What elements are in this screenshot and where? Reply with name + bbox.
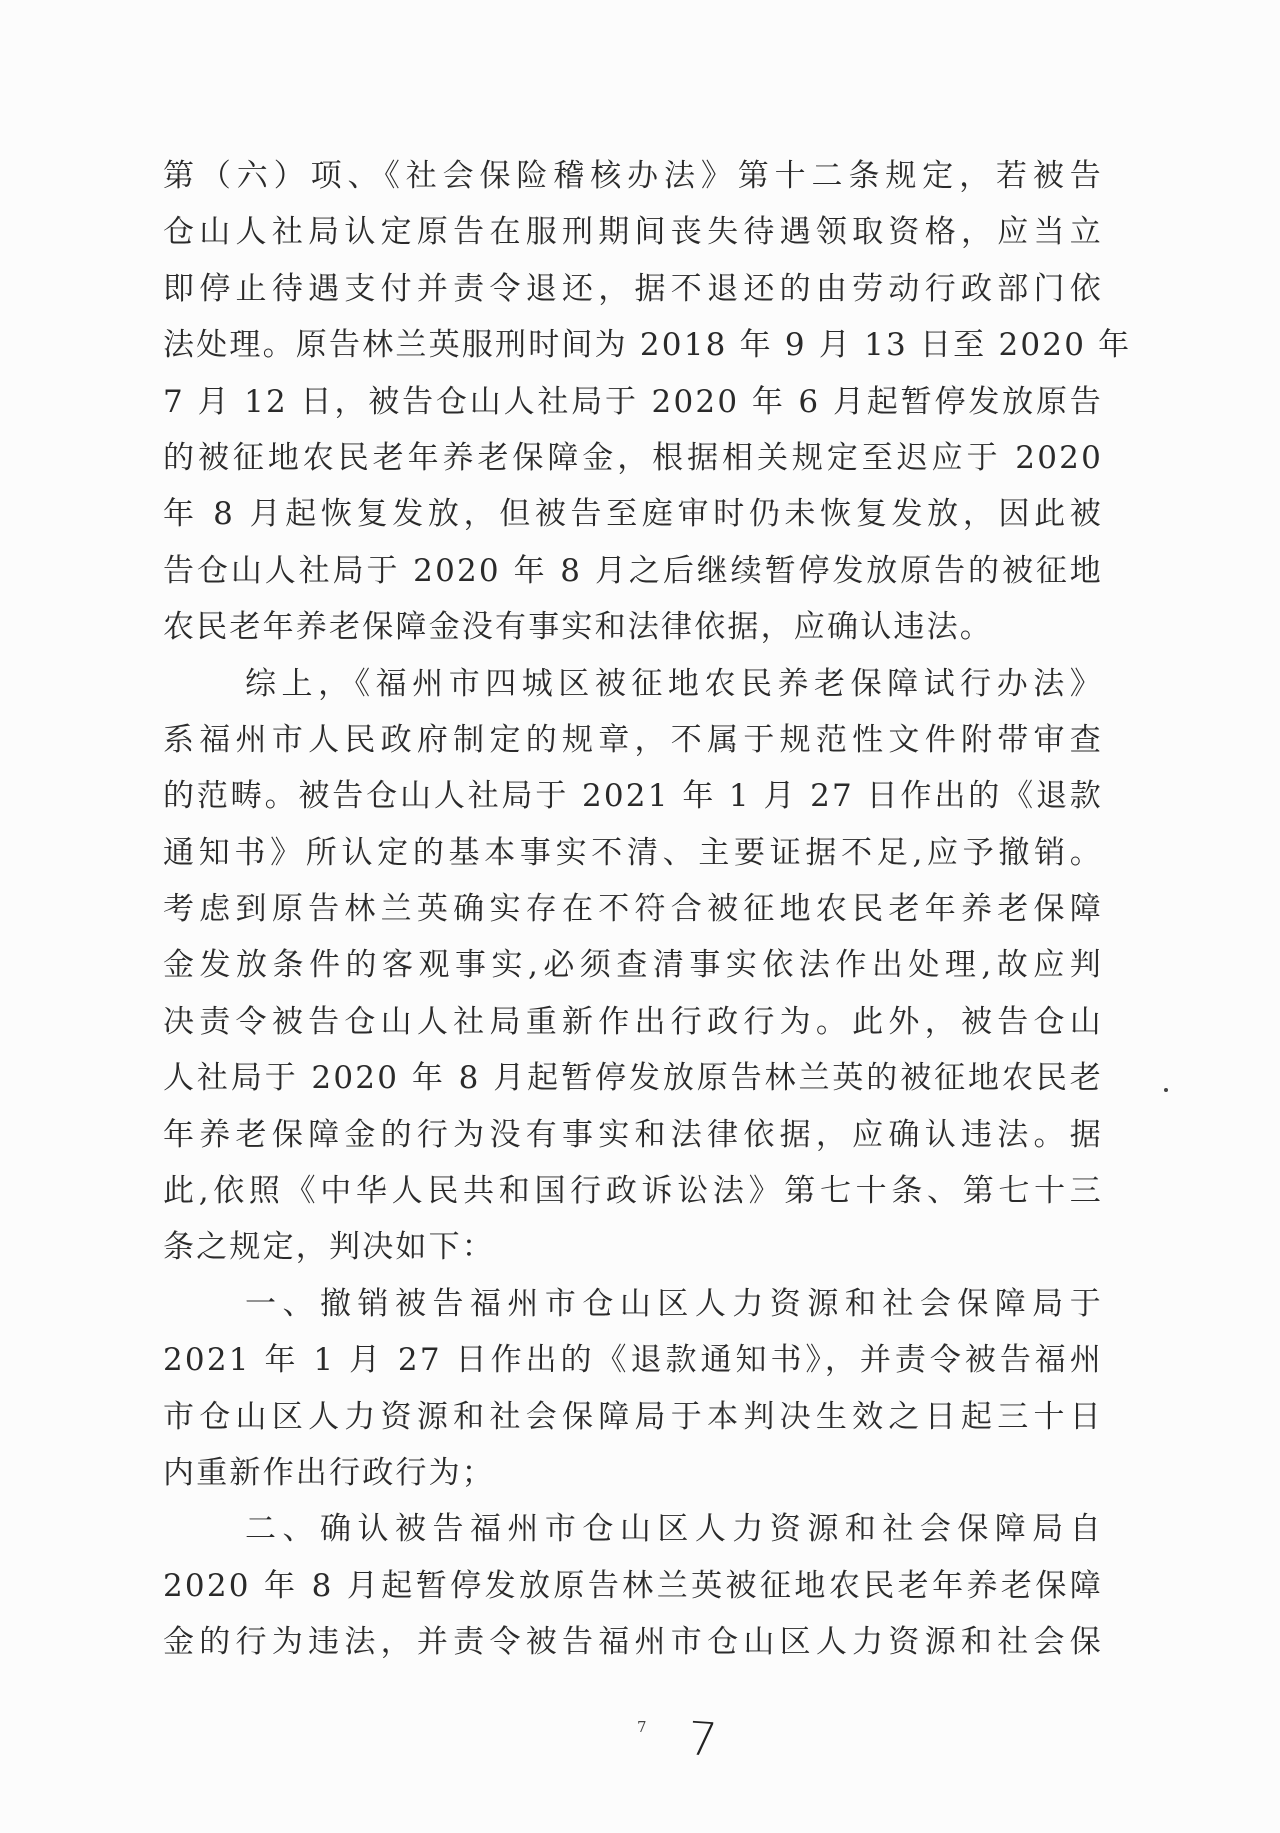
text-line: 的范畴。被告仓山人社局于 2021 年 1 月 27 日作出的《退款 [163, 768, 1103, 824]
text-line: 2021 年 1 月 27 日作出的《退款通知书》，并责令被告福州 [163, 1332, 1103, 1388]
text-line: 农民老年养老保障金没有事实和法律依据，应确认违法。 [163, 599, 1103, 655]
text-line: 系福州市人民政府制定的规章，不属于规范性文件附带审查 [163, 712, 1103, 768]
page-number-handwritten: 7 [686, 1711, 719, 1767]
judgment-body-text: 第（六）项、《社会保险稽核办法》第十二条规定，若被告 仓山人社局认定原告在服刑期… [163, 148, 1103, 1671]
text-line: 市仓山区人力资源和社会保障局于本判决生效之日起三十日 [163, 1389, 1103, 1445]
text-line: 决责令被告仓山人社局重新作出行政行为。此外，被告仓山 [163, 994, 1103, 1050]
text-line: 人社局于 2020 年 8 月起暂停发放原告林兰英的被征地农民老 [163, 1050, 1103, 1106]
page-number-printed: 7 [637, 1718, 647, 1736]
text-line: 年养老保障金的行为没有事实和法律依据，应确认违法。据 [163, 1107, 1103, 1163]
judgment-item-1-start: 一、撤销被告福州市仓山区人力资源和社会保障局于 [163, 1276, 1103, 1332]
text-line: 仓山人社局认定原告在服刑期间丧失待遇领取资格，应当立 [163, 204, 1103, 260]
text-line: 即停止待遇支付并责令退还，据不退还的由劳动行政部门依 [163, 261, 1103, 317]
text-line: 条之规定，判决如下： [163, 1219, 1103, 1275]
text-line: 告仓山人社局于 2020 年 8 月之后继续暂停发放原告的被征地 [163, 543, 1103, 599]
judgment-item-2-start: 二、确认被告福州市仓山区人力资源和社会保障局自 [163, 1501, 1103, 1557]
document-page: 第（六）项、《社会保险稽核办法》第十二条规定，若被告 仓山人社局认定原告在服刑期… [0, 0, 1280, 1833]
text-line: 第（六）项、《社会保险稽核办法》第十二条规定，若被告 [163, 148, 1103, 204]
paragraph-start-line: 综上，《福州市四城区被征地农民养老保障试行办法》 [163, 656, 1103, 712]
text-line: 2020 年 8 月起暂停发放原告林兰英被征地农民老年养老保障 [163, 1558, 1103, 1614]
text-line: 法处理。原告林兰英服刑时间为 2018 年 9 月 13 日至 2020 年 [163, 317, 1103, 373]
text-line: 考虑到原告林兰英确实存在不符合被征地农民老年养老保障 [163, 881, 1103, 937]
text-line: 通知书》所认定的基本事实不清、主要证据不足,应予撤销。 [163, 825, 1103, 881]
text-line: 年 8 月起恢复发放，但被告至庭审时仍未恢复发放，因此被 [163, 486, 1103, 542]
text-line: 此,依照《中华人民共和国行政诉讼法》第七十条、第七十三 [163, 1163, 1103, 1219]
text-line: 的被征地农民老年养老保障金，根据相关规定至迟应于 2020 [163, 430, 1103, 486]
scan-speck [1164, 1088, 1168, 1092]
text-line: 内重新作出行政行为； [163, 1445, 1103, 1501]
text-line: 7 月 12 日，被告仓山人社局于 2020 年 6 月起暂停发放原告 [163, 374, 1103, 430]
text-line: 金发放条件的客观事实,必须查清事实依法作出处理,故应判 [163, 937, 1103, 993]
text-line: 金的行为违法，并责令被告福州市仓山区人力资源和社会保 [163, 1614, 1103, 1670]
